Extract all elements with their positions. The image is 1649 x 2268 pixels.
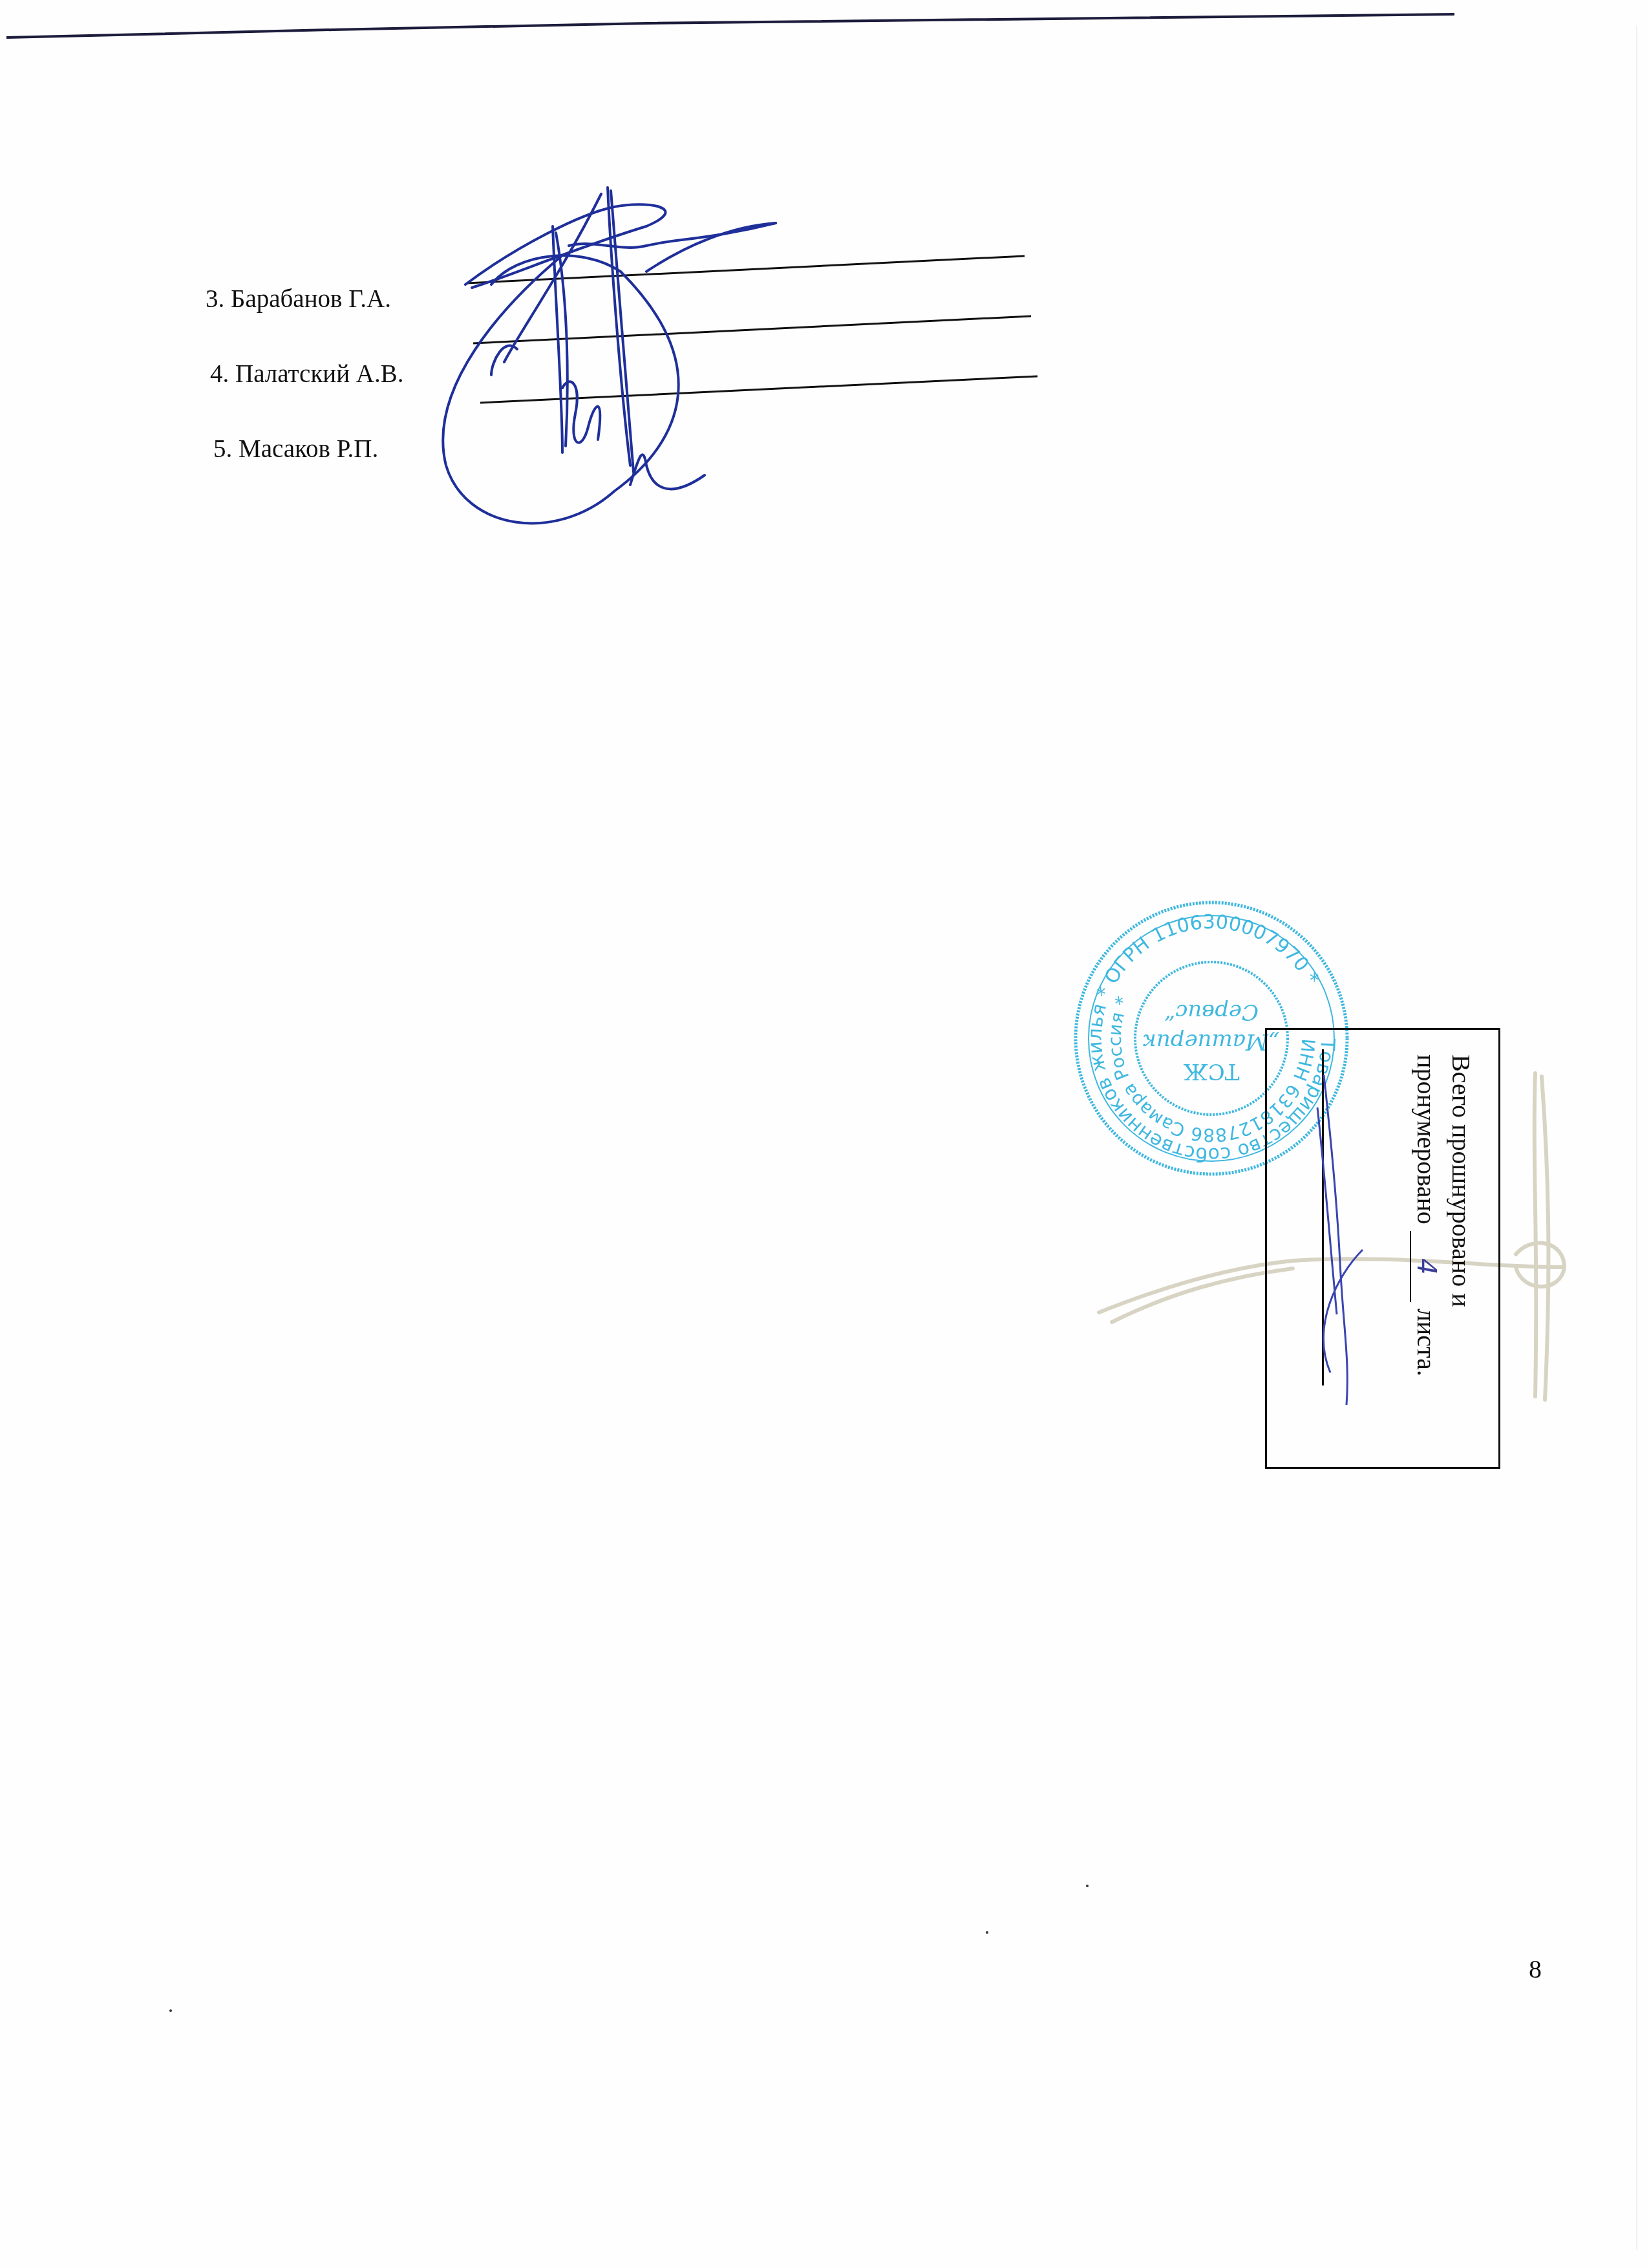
sheet-count: 4	[1410, 1231, 1441, 1302]
binding-label-suffix: листа.	[1412, 1309, 1441, 1376]
binding-label: Всего прошнуровано и пронумеровано 4 лис…	[1265, 1028, 1500, 1469]
binding-label-line2: пронумеровано 4 листа.	[1410, 1054, 1442, 1376]
binding-signature	[1298, 1069, 1376, 1431]
document-page: 3. Барабанов Г.А. 4. Палатский А.В. 5. М…	[0, 0, 1649, 2268]
scan-speck	[986, 1931, 988, 1934]
binding-label-line1: Всего прошнуровано и	[1446, 1054, 1476, 1307]
scan-speck	[1086, 1885, 1089, 1887]
scan-speck	[169, 2009, 172, 2012]
binding-label-prefix: пронумеровано	[1412, 1054, 1441, 1225]
page-number: 8	[1529, 1954, 1542, 1984]
